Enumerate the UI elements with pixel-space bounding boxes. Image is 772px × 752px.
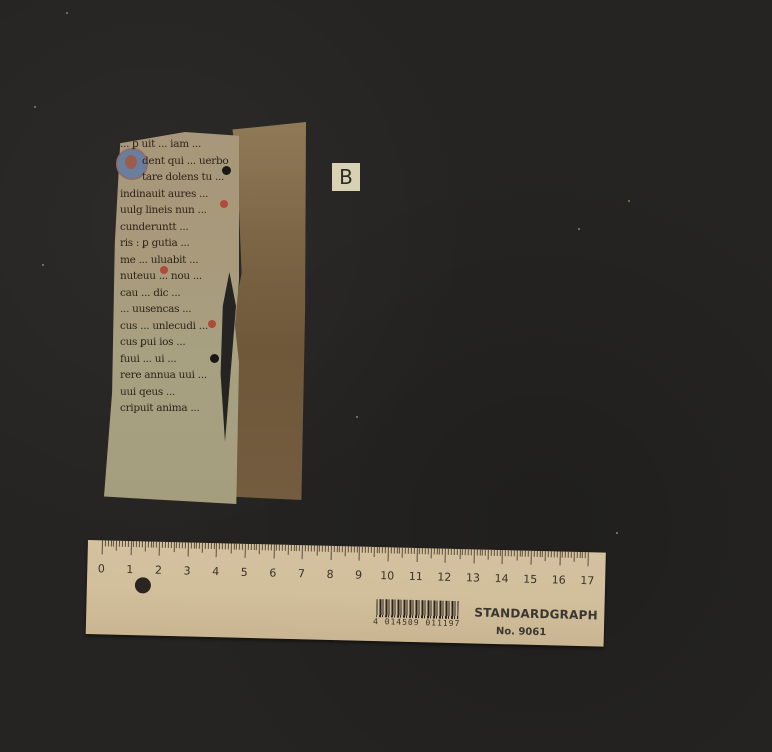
ruler-tick	[516, 550, 517, 560]
ruler-number: 5	[241, 566, 248, 579]
ruler-tick	[316, 546, 317, 556]
ruler-tick	[205, 543, 206, 549]
ruler-number: 2	[155, 564, 162, 577]
ruler-number: 7	[298, 567, 305, 580]
ruler-tick	[488, 550, 489, 560]
ruler-tick	[265, 544, 266, 550]
ruler-tick	[528, 551, 529, 557]
ruler-tick	[108, 540, 109, 546]
ruler-tick	[219, 543, 220, 549]
ruler-tick	[308, 545, 309, 551]
ruler-tick	[173, 542, 174, 552]
ruler-tick	[554, 551, 555, 557]
ruler-tick	[230, 543, 231, 553]
ruler-tick	[385, 547, 386, 553]
ruler-tick	[536, 551, 537, 557]
text-line: dent qui ... uerbo	[120, 153, 250, 170]
dust-speck	[34, 106, 36, 108]
ruler-tick	[365, 547, 366, 553]
ruler-tick	[156, 542, 157, 548]
ruler-tick	[282, 545, 283, 551]
ruler-tick	[251, 544, 252, 550]
ruler-tick	[285, 545, 286, 551]
ruler-tick	[168, 542, 169, 548]
ruler-tick	[190, 543, 191, 549]
text-line: nuteuu ... nou ...	[120, 268, 250, 285]
ruler-tick	[462, 549, 463, 555]
dust-speck	[42, 264, 44, 266]
text-line: ... uusencas ...	[120, 301, 250, 318]
ruler-tick	[402, 548, 403, 558]
ruler-tick	[291, 545, 292, 551]
ruler-tick	[185, 542, 186, 548]
ruler-tick	[436, 549, 437, 555]
ruler-tick	[451, 549, 452, 555]
ruler-tick	[142, 541, 143, 547]
ruler-tick	[425, 548, 426, 554]
ruler-tick	[408, 548, 409, 554]
ruler-tick	[170, 542, 171, 548]
ruler-tick	[371, 547, 372, 553]
ruler-tick	[113, 541, 114, 547]
ruler-tick	[202, 543, 203, 553]
ruler-tick	[413, 548, 414, 554]
ruler-tick	[491, 550, 492, 556]
ruler-tick	[582, 552, 583, 558]
ruler-tick	[399, 548, 400, 554]
ruler-tick	[305, 545, 306, 551]
ruler-tick	[479, 550, 480, 556]
ruler-tick	[233, 544, 234, 550]
ruler-number: 11	[409, 570, 423, 583]
ruler-tick	[245, 544, 246, 558]
ruler-number: 9	[355, 569, 362, 582]
ruler-number: 15	[523, 573, 537, 586]
ruler-tick	[362, 547, 363, 553]
ruler-tick	[130, 541, 131, 555]
ruler-tick	[236, 544, 237, 550]
ruler-tick	[210, 543, 211, 549]
ruler-tick	[579, 552, 580, 558]
ruler-tick	[276, 545, 277, 551]
ruler-tick	[496, 550, 497, 556]
ruler-tick	[271, 544, 272, 550]
text-line: rere annua uui ...	[120, 367, 250, 384]
ruler-tick	[445, 549, 446, 563]
rubric-mark	[160, 266, 168, 274]
ruler-tick	[368, 547, 369, 553]
ruler-tick	[199, 543, 200, 549]
ruler-brand: STANDARDGRAPH	[474, 605, 598, 622]
ruler-tick	[148, 541, 149, 547]
ruler-tick	[162, 542, 163, 548]
text-line: cripuit anima ...	[120, 400, 250, 417]
ruler-tick	[196, 543, 197, 549]
ruler-tick	[182, 542, 183, 548]
ruler-ticks	[102, 540, 592, 572]
ruler-tick	[465, 549, 466, 555]
ruler-tick	[356, 547, 357, 553]
ruler-tick	[468, 549, 469, 555]
scale-ruler: 01234567891011121314151617 4 014509 0111…	[86, 540, 606, 647]
ruler-tick	[511, 550, 512, 556]
ruler-tick	[393, 547, 394, 553]
ruler-tick	[296, 545, 297, 551]
text-line: ... ꝑ uit ... iam ...	[120, 136, 250, 153]
ruler-tick	[302, 545, 303, 559]
ruler-tick	[193, 543, 194, 549]
ruler-tick	[416, 548, 417, 562]
text-line: ris : ꝑ gutia ...	[120, 235, 250, 252]
ruler-tick	[419, 548, 420, 554]
ruler-tick	[534, 551, 535, 557]
ruler-tick	[165, 542, 166, 548]
dust-speck	[66, 12, 68, 14]
ruler-tick	[122, 541, 123, 547]
ruler-tick	[110, 541, 111, 547]
dust-speck	[628, 200, 630, 202]
ruler-tick	[565, 552, 566, 558]
parchment-hole	[210, 354, 219, 363]
manuscript-text: ... ꝑ uit ... iam ... dent qui ... uerbo…	[120, 136, 250, 417]
ruler-tick	[519, 551, 520, 557]
ruler-tick	[428, 548, 429, 554]
ruler-tick	[348, 546, 349, 552]
ruler-tick	[325, 546, 326, 552]
ruler-tick	[313, 546, 314, 552]
ruler-tick	[422, 548, 423, 554]
ruler-tick	[405, 548, 406, 554]
text-line: uui qeus ...	[120, 384, 250, 401]
ruler-tick	[311, 545, 312, 551]
ruler-tick	[531, 551, 532, 565]
ruler-tick	[379, 547, 380, 553]
text-line: uulg lineis nun ...	[120, 202, 250, 219]
ruler-tick	[279, 545, 280, 551]
ruler-tick	[571, 552, 572, 558]
ruler-tick	[128, 541, 129, 547]
ruler-tick	[345, 546, 346, 556]
rubric-mark	[220, 200, 228, 208]
ruler-tick	[253, 544, 254, 550]
ruler-tick	[239, 544, 240, 550]
ruler-tick	[471, 549, 472, 555]
dust-speck	[356, 416, 358, 418]
ruler-tick	[373, 547, 374, 557]
text-line: cus ꝑui ios ...	[120, 334, 250, 351]
ruler-tick	[456, 549, 457, 555]
ruler-tick	[439, 549, 440, 555]
text-line: cunderuntt ...	[120, 219, 250, 236]
ruler-tick	[508, 550, 509, 556]
ruler-tick	[273, 545, 274, 559]
ruler-tick	[482, 550, 483, 556]
ruler-tick	[242, 544, 243, 550]
ruler-tick	[485, 550, 486, 556]
ruler-tick	[525, 551, 526, 557]
ruler-tick	[116, 541, 117, 551]
ruler-tick	[431, 548, 432, 558]
ruler-tick	[388, 547, 389, 561]
ruler-tick	[545, 551, 546, 561]
ruler-tick	[150, 542, 151, 548]
ruler-tick	[556, 551, 557, 557]
ruler-tick	[293, 545, 294, 551]
ruler-tick	[353, 546, 354, 552]
text-line: fuui ... ui ...	[120, 351, 250, 368]
ruler-tick	[262, 544, 263, 550]
ruler-tick	[322, 546, 323, 552]
ruler-tick	[145, 541, 146, 551]
ruler-tick	[585, 552, 586, 558]
ruler-tick	[333, 546, 334, 552]
ruler-tick	[248, 544, 249, 550]
ruler-number: 3	[183, 564, 190, 577]
ruler-tick	[328, 546, 329, 552]
ruler-tick	[459, 549, 460, 559]
ruler-tick	[391, 547, 392, 553]
text-line: cus ... unlecudi ...	[120, 318, 250, 335]
ruler-number: 10	[380, 569, 394, 582]
barcode	[376, 599, 458, 619]
fragment-label: B	[332, 163, 360, 191]
ruler-tick	[542, 551, 543, 557]
rubric-mark	[208, 320, 216, 328]
dust-speck	[616, 532, 618, 534]
ruler-number: 0	[98, 562, 105, 575]
ruler-tick	[502, 550, 503, 564]
ruler-tick	[476, 549, 477, 555]
ruler-tick	[139, 541, 140, 547]
ruler-tick	[119, 541, 120, 547]
barcode-digits: 4 014509 011197	[373, 617, 460, 628]
ruler-tick	[259, 544, 260, 554]
ruler-tick	[228, 543, 229, 549]
ruler-tick	[411, 548, 412, 554]
ruler-tick	[539, 551, 540, 557]
ruler-hang-hole	[135, 577, 151, 593]
ruler-number: 17	[580, 574, 594, 587]
ruler-number: 4	[212, 565, 219, 578]
ruler-tick	[105, 540, 106, 546]
ruler-tick	[268, 544, 269, 550]
ruler-tick	[213, 543, 214, 549]
ruler-tick	[473, 549, 474, 563]
ruler-number: 8	[326, 568, 333, 581]
ruler-tick	[208, 543, 209, 549]
ruler-tick	[359, 547, 360, 561]
ruler-tick	[396, 548, 397, 554]
ruler-tick	[125, 541, 126, 547]
ruler-tick	[179, 542, 180, 548]
ruler-tick	[522, 551, 523, 557]
ruler-tick	[133, 541, 134, 547]
ruler-tick	[514, 550, 515, 556]
text-line: cau ... dic ...	[120, 285, 250, 302]
ruler-tick	[288, 545, 289, 555]
ruler-number: 16	[552, 573, 566, 586]
ruler-tick	[225, 543, 226, 549]
ruler-tick	[574, 552, 575, 562]
text-line: me ... uluabit ...	[120, 252, 250, 269]
ruler-tick	[434, 548, 435, 554]
ruler-tick	[551, 551, 552, 557]
ruler-tick	[351, 546, 352, 552]
ruler-model: No. 9061	[496, 626, 547, 638]
ruler-tick	[330, 546, 331, 560]
ruler-tick	[376, 547, 377, 553]
ruler-tick	[568, 552, 569, 558]
ruler-tick	[176, 542, 177, 548]
ruler-tick	[299, 545, 300, 551]
ruler-number: 1	[126, 563, 133, 576]
ruler-number: 6	[269, 566, 276, 579]
dust-speck	[578, 228, 580, 230]
ruler-tick	[336, 546, 337, 552]
text-line: indinauit aures ...	[120, 186, 250, 203]
ruler-tick	[576, 552, 577, 558]
ruler-tick	[562, 552, 563, 558]
ruler-tick	[159, 542, 160, 556]
ruler-tick	[382, 547, 383, 553]
ruler-number: 14	[494, 572, 508, 585]
ruler-tick	[588, 552, 589, 566]
ruler-tick	[448, 549, 449, 555]
ruler-number: 12	[437, 571, 451, 584]
ruler-tick	[339, 546, 340, 552]
ruler-tick	[319, 546, 320, 552]
ruler-tick	[559, 552, 560, 566]
ruler-tick	[216, 543, 217, 557]
ruler-tick	[548, 551, 549, 557]
ruler-tick	[505, 550, 506, 556]
ruler-tick	[442, 549, 443, 555]
ruler-tick	[342, 546, 343, 552]
ruler-tick	[136, 541, 137, 547]
ruler-tick	[187, 542, 188, 556]
ruler-tick	[494, 550, 495, 556]
ruler-tick	[153, 542, 154, 548]
ruler-tick	[256, 544, 257, 550]
ruler-tick	[222, 543, 223, 549]
ruler-tick	[454, 549, 455, 555]
ruler-number: 13	[466, 571, 480, 584]
ruler-tick	[102, 540, 103, 554]
parchment-hole	[222, 166, 231, 175]
manuscript-fragment: ... ꝑ uit ... iam ... dent qui ... uerbo…	[104, 122, 304, 502]
ruler-tick	[499, 550, 500, 556]
